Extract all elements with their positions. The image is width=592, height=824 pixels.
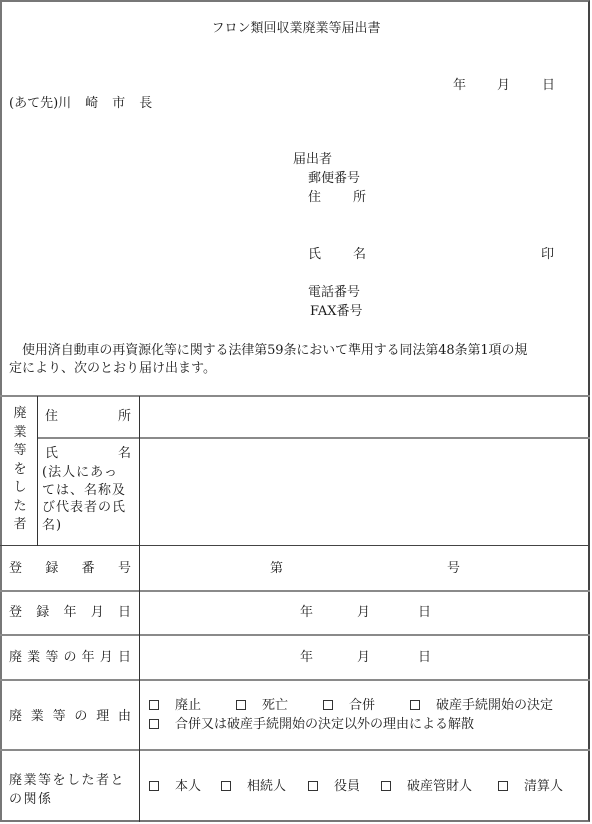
checkbox-icon[interactable] [410, 700, 420, 710]
option-label: 本人 [175, 779, 201, 794]
table-top-border [0, 395, 590, 397]
closure-date-field[interactable] [141, 637, 589, 678]
relation-option-self[interactable]: 本人 [149, 780, 201, 793]
label-char: 氏 [45, 447, 58, 460]
label-char: た [13, 498, 27, 517]
name-label: 氏名 [308, 248, 366, 261]
option-label: 破産手続開始の決定 [436, 698, 553, 713]
label-char: 番 [82, 562, 95, 575]
label-char: を [13, 461, 27, 480]
date-day: 日 [542, 79, 555, 92]
label-char: し [13, 479, 27, 498]
checkbox-icon[interactable] [149, 719, 159, 729]
column-divider [37, 396, 38, 546]
label-char: 日 [118, 606, 131, 619]
label-char: 業 [31, 710, 44, 723]
checkbox-icon[interactable] [221, 781, 231, 791]
addressee-char: 崎 [85, 96, 98, 111]
registration-number-suffix: 号 [447, 562, 460, 575]
label-char: 業 [13, 424, 27, 443]
label-char: 所 [353, 191, 366, 204]
addressee-char: 長 [139, 96, 152, 111]
option-label: 相続人 [247, 779, 286, 794]
closure-date-label: 廃業等の年月日 [9, 651, 131, 664]
relation-option-heir[interactable]: 相続人 [221, 780, 286, 793]
option-label: 清算人 [524, 779, 563, 794]
addressee-char: 市 [112, 96, 125, 111]
reason-option-death[interactable]: 死亡 [236, 699, 288, 712]
label-char: 氏 [308, 248, 321, 261]
row-divider [0, 545, 590, 546]
registration-number-label: 登録番号 [9, 562, 131, 575]
notifier-heading: 届出者 [293, 153, 332, 166]
statement-line-2: 定により、次のとおり届け出ます。 [9, 362, 216, 375]
option-label: 廃止 [175, 698, 201, 713]
label-char: 登 [9, 606, 22, 619]
table-address-label: 住所 [45, 410, 131, 423]
note-line: (法人にあっ [42, 464, 126, 482]
registration-number-field[interactable] [290, 548, 440, 588]
checkbox-icon[interactable] [149, 700, 159, 710]
option-label: 合併又は破産手続開始の決定以外の理由による解散 [175, 717, 474, 732]
reason-option-bankruptcy[interactable]: 破産手続開始の決定 [410, 699, 553, 712]
label-char: 年 [63, 606, 76, 619]
label-char: 日 [118, 651, 131, 664]
option-label: 死亡 [262, 698, 288, 713]
table-name-field[interactable] [141, 440, 589, 544]
registration-number-prefix: 第 [270, 562, 283, 575]
table-address-field[interactable] [141, 398, 589, 436]
relation-option-trustee[interactable]: 破産管財人 [381, 780, 472, 793]
checkbox-icon[interactable] [236, 700, 246, 710]
relation-option-officer[interactable]: 役員 [308, 780, 360, 793]
group-label-vertical: 廃 業 等 を し た 者 [13, 405, 27, 535]
row-divider [0, 749, 590, 751]
label-char: 号 [118, 562, 131, 575]
address-label: 住所 [308, 191, 366, 204]
relation-option-liquidator[interactable]: 清算人 [498, 780, 563, 793]
form-title: フロン類回収業廃業等届出書 [0, 22, 592, 35]
registration-date-field[interactable] [141, 593, 589, 633]
checkbox-icon[interactable] [498, 781, 508, 791]
label-char: 廃 [13, 405, 27, 424]
label-char: 名 [353, 248, 366, 261]
registration-date-label: 登録年月日 [9, 606, 131, 619]
reason-option-dissolution[interactable]: 合併又は破産手続開始の決定以外の理由による解散 [149, 718, 474, 731]
row-divider [37, 437, 590, 439]
row-divider [0, 679, 590, 681]
checkbox-icon[interactable] [381, 781, 391, 791]
reason-option-closure[interactable]: 廃止 [149, 699, 201, 712]
label-char: 由 [118, 710, 131, 723]
checkbox-icon[interactable] [149, 781, 159, 791]
table-name-label: 氏名 [45, 447, 131, 460]
label-char: 所 [118, 410, 131, 423]
label-char: 業 [27, 651, 40, 664]
label-char: 等 [13, 442, 27, 461]
label-char: 等 [45, 651, 58, 664]
addressee-prefix: (あて先)川 [9, 96, 71, 111]
label-char: 廃 [9, 710, 22, 723]
postal-code-label: 郵便番号 [308, 172, 360, 185]
label-char: 廃 [9, 651, 22, 664]
date-month: 月 [497, 79, 510, 92]
label-char: の [74, 710, 87, 723]
label-line: 廃業等をした者と [9, 771, 125, 790]
reason-option-merger[interactable]: 合併 [323, 699, 375, 712]
addressee: (あて先)川崎市長 [9, 97, 152, 110]
option-label: 破産管財人 [407, 779, 472, 794]
closure-reason-label: 廃業等の理由 [9, 710, 131, 723]
fax-label: FAX番号 [310, 305, 363, 318]
label-char: 住 [308, 191, 321, 204]
label-char: 録 [45, 562, 58, 575]
label-char: 等 [53, 710, 66, 723]
label-char: 理 [96, 710, 109, 723]
row-divider [0, 634, 590, 636]
label-char: 登 [9, 562, 22, 575]
note-line: 名) [42, 517, 126, 535]
column-divider [139, 396, 140, 822]
option-label: 合併 [349, 698, 375, 713]
seal-mark: 印 [541, 248, 554, 261]
row-divider [0, 590, 590, 592]
label-line: の関係 [9, 790, 125, 809]
phone-label: 電話番号 [308, 286, 360, 299]
note-line: ては、名称及 [42, 482, 126, 500]
checkbox-icon[interactable] [308, 781, 318, 791]
label-char: 月 [91, 606, 104, 619]
label-char: の [63, 651, 76, 664]
label-char: 月 [100, 651, 113, 664]
note-line: び代表者の氏 [42, 499, 126, 517]
relationship-label: 廃業等をした者と の関係 [9, 771, 125, 809]
label-char: 者 [13, 516, 27, 535]
label-char: 録 [36, 606, 49, 619]
label-char: 名 [118, 447, 131, 460]
checkbox-icon[interactable] [323, 700, 333, 710]
date-year: 年 [453, 79, 466, 92]
option-label: 役員 [334, 779, 360, 794]
statement-line-1: 使用済自動車の再資源化等に関する法律第59条において準用する同法第48条第1項の… [22, 344, 527, 357]
label-char: 年 [82, 651, 95, 664]
label-char: 住 [45, 410, 58, 423]
table-name-note: (法人にあっ ては、名称及 び代表者の氏 名) [42, 464, 126, 534]
